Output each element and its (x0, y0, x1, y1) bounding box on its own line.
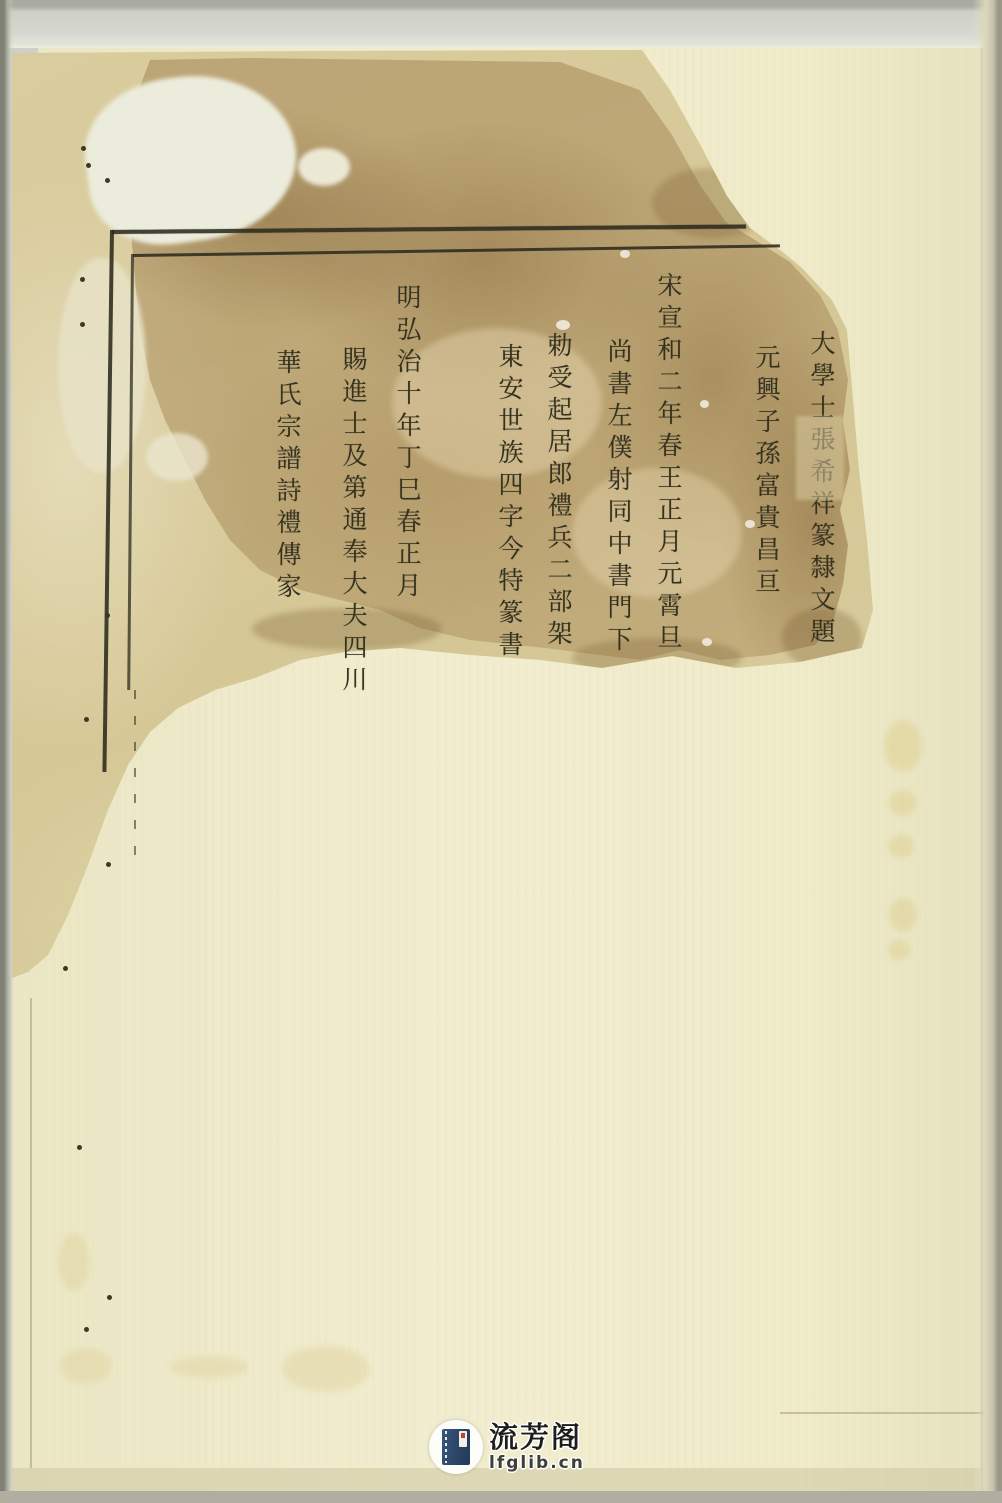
faded-stain-spot (170, 1356, 248, 1378)
calligraphy-column-5: 勅受起居郎禮兵二部架 (541, 332, 575, 652)
faded-stain-spot (884, 720, 922, 772)
calligraphy-column-7: 明弘治十年丁巳春正月 (390, 284, 424, 604)
calligraphy-column-4: 尚書左僕射同中書門下 (601, 338, 635, 658)
paper-page: 大學士張希祥篆隸文題 元興子孫富貴昌亘 宋宣和二年春王正月元霄旦 尚書左僕射同中… (12, 48, 995, 1503)
paper-fleck (702, 638, 712, 646)
calligraphy-column-9: 華氏宗譜詩禮傳家 (270, 349, 304, 605)
calligraphy-column-2: 元興子孫富貴昌亘 (749, 344, 783, 600)
scan-edge-right (972, 0, 1002, 1503)
watermark-site-url: lfglib.cn (489, 1454, 585, 1472)
faded-stain-spot (889, 790, 917, 816)
ink-speck (107, 1295, 112, 1300)
scan-edge-bottom (0, 1491, 1002, 1503)
page-edge-line-bottom (780, 1412, 995, 1414)
faded-stain-spot (889, 898, 917, 932)
ink-speck (105, 178, 110, 183)
torn-gap-patch (146, 433, 208, 481)
paper-fleck (620, 250, 630, 258)
thread-bound-book-icon (442, 1429, 470, 1465)
watermark-site-name: 流芳阁 (489, 1422, 585, 1452)
calligraphy-column-3: 宋宣和二年春王正月元霄旦 (651, 272, 685, 656)
calligraphy-column-6: 東安世族四字今特篆書 (492, 343, 526, 663)
ink-speck (81, 146, 86, 151)
calligraphy-column-8: 賜進士及第通奉大夫四川 (336, 346, 370, 698)
ink-speck (80, 277, 85, 282)
watermark: 流芳阁 lfglib.cn (429, 1420, 585, 1474)
faded-stain-spot (58, 1233, 90, 1291)
book-title-label (459, 1431, 467, 1447)
scan-edge-left (0, 0, 14, 1503)
ink-speck (84, 1327, 89, 1332)
ink-speck (84, 717, 89, 722)
watermark-text-block: 流芳阁 lfglib.cn (489, 1422, 585, 1472)
ink-speck (86, 163, 91, 168)
faded-stain-spot (282, 1346, 370, 1392)
paper-fleck (556, 320, 570, 330)
torn-gap-patch (298, 148, 350, 186)
paper-fleck (700, 400, 709, 408)
scan-background-top (0, 0, 1002, 48)
faded-stain-spot (888, 834, 914, 858)
ink-speck (80, 322, 85, 327)
border-frame-inner-left-faded (134, 690, 136, 865)
watermark-logo-circle (429, 1420, 483, 1474)
faded-stain-spot (60, 1348, 112, 1384)
ink-speck (77, 1145, 82, 1150)
faded-stain-spot (888, 940, 910, 960)
page-edge-line-left (30, 998, 32, 1468)
ink-speck (106, 862, 111, 867)
ink-speck (63, 966, 68, 971)
ink-speck (105, 613, 110, 618)
tear-damage-over-text (796, 416, 844, 500)
